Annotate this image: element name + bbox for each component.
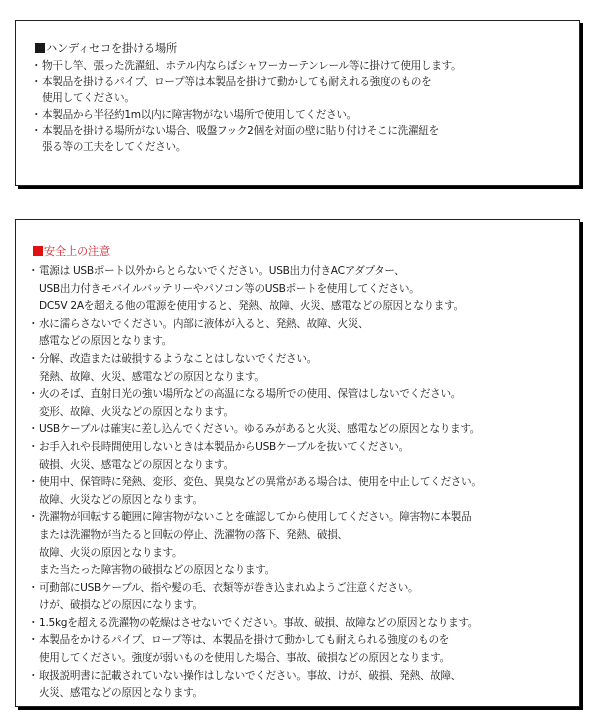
continuation-line: 故障、火災の原因となります。 xyxy=(29,545,482,563)
list-item: 可動部にUSBケーブル、指や髪の毛、衣類等が巻き込まれぬようご注意ください。けが… xyxy=(29,580,482,615)
list-item: 本製品を掛ける場所がない場合、吸盤フック2個を対面の壁に貼り付けそこに洗濯紐を張… xyxy=(32,123,461,155)
bullet-line: 可動部にUSBケーブル、指や髪の毛、衣類等が巻き込まれぬようご注意ください。 xyxy=(29,580,482,598)
list-item: 取扱説明書に記載されていない操作はしないでください。事故、けが、破損、発熱、故障… xyxy=(29,668,482,703)
bullet-line: 取扱説明書に記載されていない操作はしないでください。事故、けが、破損、発熱、故障… xyxy=(29,668,482,686)
continuation-line: 破損、火災、感電などの原因となります。 xyxy=(29,457,482,475)
list-item: お手入れや長時間使用しないときは本製品からUSBケーブルを抜いてください。破損、… xyxy=(29,439,482,474)
bullet-line: 物干し竿、張った洗濯紐、ホテル内ならばシャワーカーテンレール等に掛けて使用します… xyxy=(32,58,461,74)
list-item: USBケーブルは確実に差し込んでください。ゆるみがあると火災、感電などの原因とな… xyxy=(29,421,482,439)
continuation-line: 故障、火災などの原因となります。 xyxy=(29,492,482,510)
bullet-line: 分解、改造または破損するようなことはしないでください。 xyxy=(29,351,482,369)
bullet-line: 本製品を掛ける場所がない場合、吸盤フック2個を対面の壁に貼り付けそこに洗濯紐を xyxy=(32,123,461,139)
list-item: 洗濯物が回転する範囲に障害物がないことを確認してから使用してください。障害物に本… xyxy=(29,509,482,579)
list-item: 使用中、保管時に発熱、変形、変色、異臭などの異常がある場合は、使用を中止してくだ… xyxy=(29,474,482,509)
safety-precautions-panel: 安全上の注意 電源は USBポート以外からとらないでください。USB出力付きAC… xyxy=(15,219,580,707)
heading-text: 安全上の注意 xyxy=(44,245,110,258)
bullet-line: 火のそば、直射日光の強い場所などの高温になる場所での使用、保管はしないでください… xyxy=(29,386,482,404)
continuation-line: 発熱、故障、火災、感電などの原因となります。 xyxy=(29,369,482,387)
continuation-line: USB出力付きモバイルバッテリーやパソコン等のUSBポートを使用してください。 xyxy=(29,281,482,299)
list-item: 本製品をかけるパイプ、ロープ等は、本製品を掛けて動かしても耐えられる強度のものを… xyxy=(29,632,482,667)
hanging-place-panel: ハンディセコを掛ける場所 物干し竿、張った洗濯紐、ホテル内ならばシャワーカーテン… xyxy=(15,20,580,186)
bullet-line: 本製品をかけるパイプ、ロープ等は、本製品を掛けて動かしても耐えられる強度のものを xyxy=(29,632,482,650)
hanging-place-list: 物干し竿、張った洗濯紐、ホテル内ならばシャワーカーテンレール等に掛けて使用します… xyxy=(32,58,461,155)
bullet-line: 本製品を掛けるパイプ、ロープ等は本製品を掛けて動かしても耐えれる強度のものを xyxy=(32,74,461,90)
bullet-line: 1.5kgを超える洗濯物の乾燥はさせないでください。事故、破損、故障などの原因と… xyxy=(29,615,482,633)
continuation-line: 張る等の工夫をしてください。 xyxy=(32,139,461,155)
continuation-line: 変形、故障、火災などの原因となります。 xyxy=(29,404,482,422)
list-item: 本製品から半径約1m以内に障害物がない場所で使用してください。 xyxy=(32,107,461,123)
bullet-line: 電源は USBポート以外からとらないでください。USB出力付きACアダプター、 xyxy=(29,263,482,281)
continuation-line: 使用してください。強度が弱いものを使用した場合、事故、破損などの原因となります。 xyxy=(29,650,482,668)
list-item: 分解、改造または破損するようなことはしないでください。発熱、故障、火災、感電など… xyxy=(29,351,482,386)
bullet-line: お手入れや長時間使用しないときは本製品からUSBケーブルを抜いてください。 xyxy=(29,439,482,457)
safety-heading: 安全上の注意 xyxy=(33,244,110,259)
continuation-line: 火災、感電などの原因となります。 xyxy=(29,685,482,703)
continuation-line: また当たった障害物の破損などの原因となります。 xyxy=(29,562,482,580)
bullet-line: USBケーブルは確実に差し込んでください。ゆるみがあると火災、感電などの原因とな… xyxy=(29,421,482,439)
square-bullet-icon xyxy=(35,43,45,53)
safety-list: 電源は USBポート以外からとらないでください。USB出力付きACアダプター、U… xyxy=(29,263,482,703)
bullet-line: 使用中、保管時に発熱、変形、変色、異臭などの異常がある場合は、使用を中止してくだ… xyxy=(29,474,482,492)
continuation-line: DC5V 2Aを超える他の電源を使用すると、発熱、故障、火災、感電などの原因とな… xyxy=(29,298,482,316)
heading-text: ハンディセコを掛ける場所 xyxy=(46,42,177,55)
hanging-place-heading: ハンディセコを掛ける場所 xyxy=(35,41,177,56)
continuation-line: 感電などの原因となります。 xyxy=(29,333,482,351)
continuation-line: けが、破損などの原因になります。 xyxy=(29,597,482,615)
list-item: 電源は USBポート以外からとらないでください。USB出力付きACアダプター、U… xyxy=(29,263,482,316)
list-item: 本製品を掛けるパイプ、ロープ等は本製品を掛けて動かしても耐えれる強度のものを使用… xyxy=(32,74,461,106)
list-item: 水に濡らさないでください。内部に液体が入ると、発熱、故障、火災、感電などの原因と… xyxy=(29,316,482,351)
bullet-line: 本製品から半径約1m以内に障害物がない場所で使用してください。 xyxy=(32,107,461,123)
list-item: 物干し竿、張った洗濯紐、ホテル内ならばシャワーカーテンレール等に掛けて使用します… xyxy=(32,58,461,74)
bullet-line: 水に濡らさないでください。内部に液体が入ると、発熱、故障、火災、 xyxy=(29,316,482,334)
list-item: 火のそば、直射日光の強い場所などの高温になる場所での使用、保管はしないでください… xyxy=(29,386,482,421)
bullet-line: 洗濯物が回転する範囲に障害物がないことを確認してから使用してください。障害物に本… xyxy=(29,509,482,527)
continuation-line: または洗濯物が当たると回転の停止、洗濯物の落下、発熱、破損、 xyxy=(29,527,482,545)
continuation-line: 使用してください。 xyxy=(32,90,461,106)
list-item: 1.5kgを超える洗濯物の乾燥はさせないでください。事故、破損、故障などの原因と… xyxy=(29,615,482,633)
square-bullet-icon xyxy=(33,246,43,256)
